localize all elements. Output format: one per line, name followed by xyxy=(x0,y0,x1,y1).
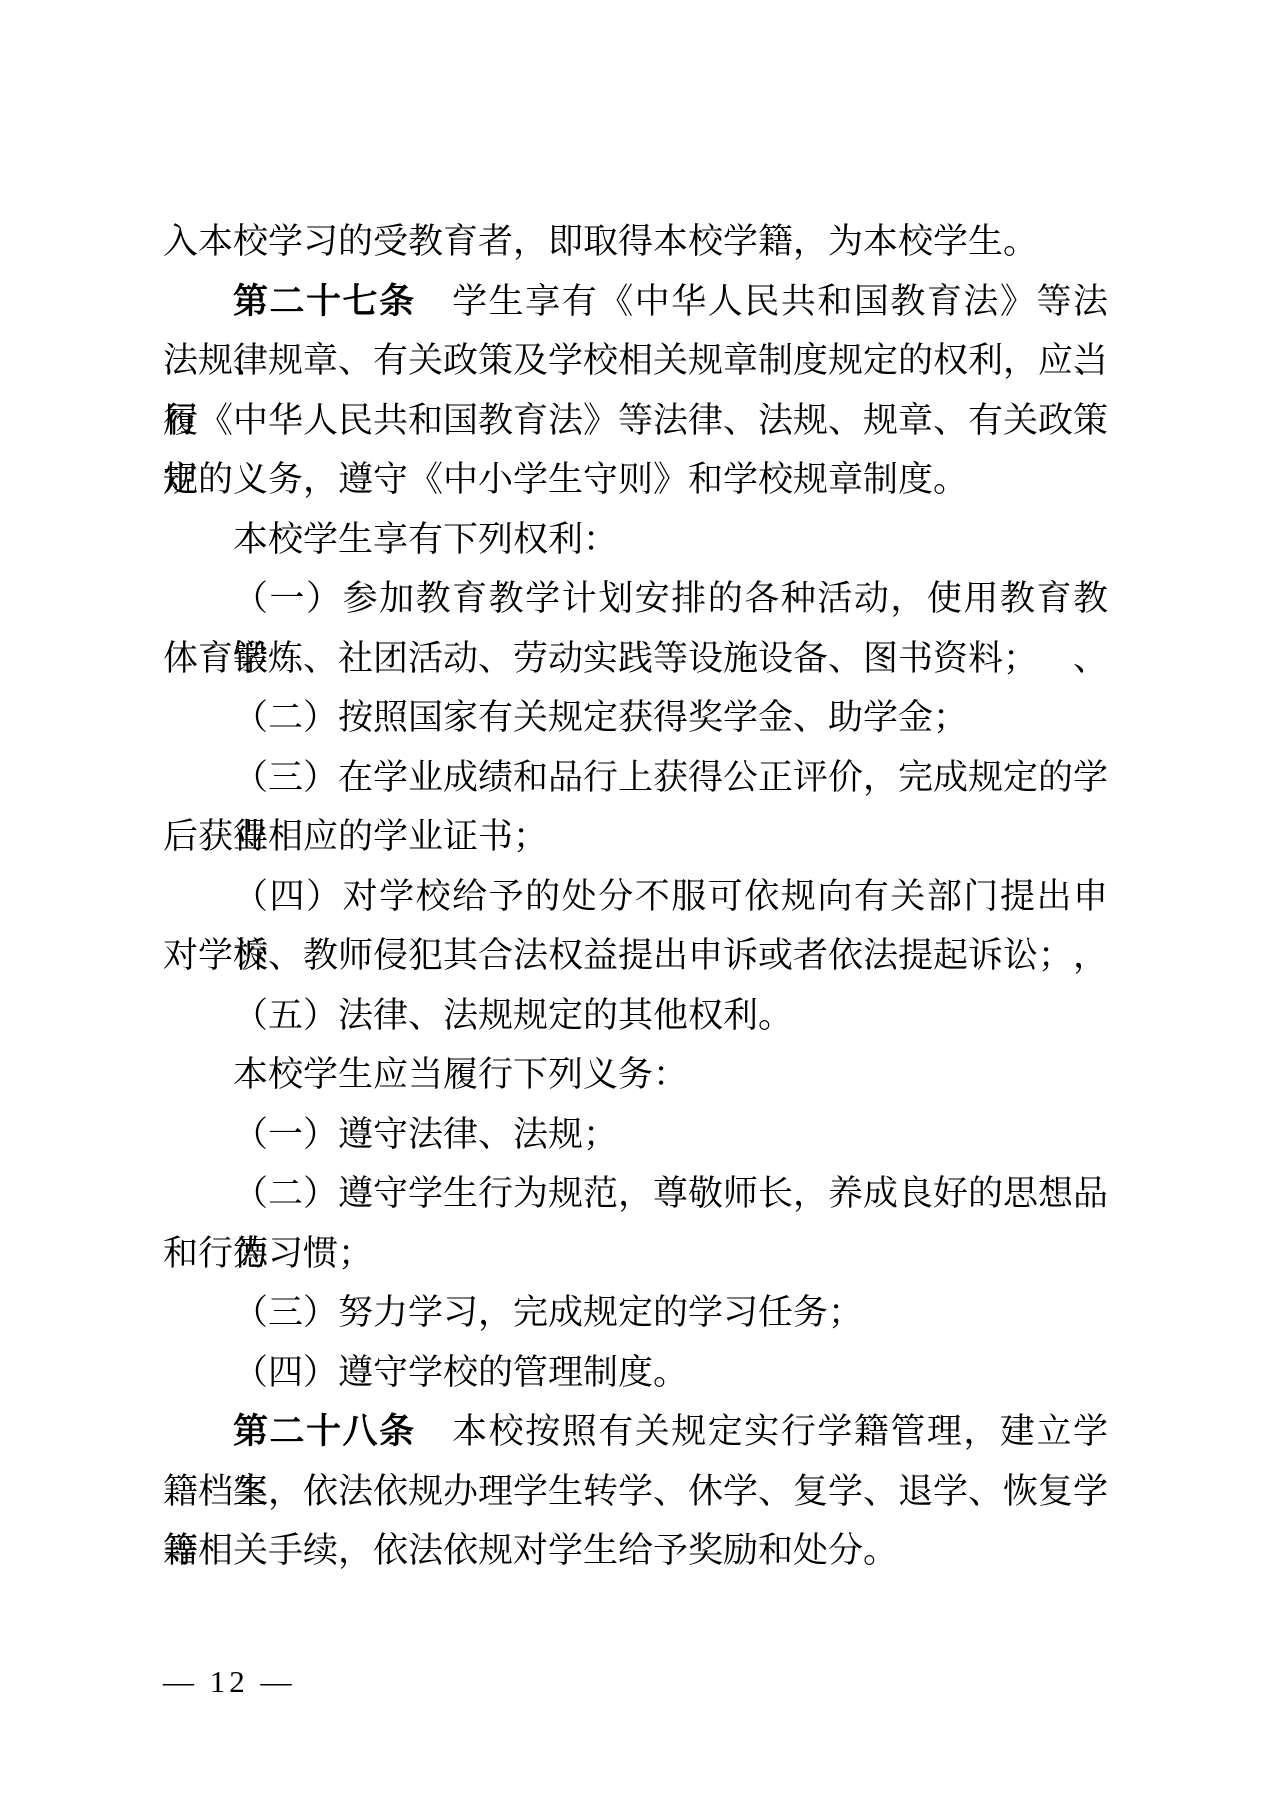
text-line: 对学校、教师侵犯其合法权益提出申诉或者依法提起诉讼； xyxy=(163,926,1108,986)
text-line: （四）对学校给予的处分不服可依规向有关部门提出申诉， xyxy=(163,867,1108,927)
text-line: 第二十七条 学生享有《中华人民共和国教育法》等法律、 xyxy=(163,272,1108,332)
text-line: 后获得相应的学业证书； xyxy=(163,807,1108,867)
text-line: 和行为习惯； xyxy=(163,1224,1108,1284)
text-line: （二）按照国家有关规定获得奖学金、助学金； xyxy=(163,688,1108,748)
text-line: 定的义务，遵守《中小学生守则》和学校规章制度。 xyxy=(163,450,1108,510)
document-body: 入本校学习的受教育者，即取得本校学籍，为本校学生。第二十七条 学生享有《中华人民… xyxy=(163,212,1108,1581)
text-line: 第二十八条 本校按照有关规定实行学籍管理，建立学生学 xyxy=(163,1402,1108,1462)
text-line: 体育锻炼、社团活动、劳动实践等设施设备、图书资料； xyxy=(163,629,1108,689)
text-line: 籍档案，依法依规办理学生转学、休学、复学、退学、恢复学籍 xyxy=(163,1462,1108,1522)
text-line: （二）遵守学生行为规范，尊敬师长，养成良好的思想品德 xyxy=(163,1164,1108,1224)
text-line: （一）遵守法律、法规； xyxy=(163,1105,1108,1165)
text-line: （五）法律、法规规定的其他权利。 xyxy=(163,986,1108,1046)
article-heading: 第二十八条 xyxy=(233,1412,416,1451)
text-line: 本校学生应当履行下列义务： xyxy=(163,1045,1108,1105)
text-line: （三）在学业成绩和品行上获得公正评价，完成规定的学业 xyxy=(163,748,1108,808)
page-number: — 12 — xyxy=(163,1664,296,1700)
text-line: （三）努力学习，完成规定的学习任务； xyxy=(163,1283,1108,1343)
text-line: 法规、规章、有关政策及学校相关规章制度规定的权利，应当履 xyxy=(163,331,1108,391)
text-line: （一）参加教育教学计划安排的各种活动，使用教育教学、 xyxy=(163,569,1108,629)
text-line: （四）遵守学校的管理制度。 xyxy=(163,1343,1108,1403)
text-line: 本校学生享有下列权利： xyxy=(163,510,1108,570)
article-heading: 第二十七条 xyxy=(233,282,416,321)
text-line: 等相关手续，依法依规对学生给予奖励和处分。 xyxy=(163,1521,1108,1581)
document-page: 入本校学习的受教育者，即取得本校学籍，为本校学生。第二十七条 学生享有《中华人民… xyxy=(0,0,1269,1794)
text-line: 入本校学习的受教育者，即取得本校学籍，为本校学生。 xyxy=(163,212,1108,272)
text-line: 行《中华人民共和国教育法》等法律、法规、规章、有关政策规 xyxy=(163,391,1108,451)
